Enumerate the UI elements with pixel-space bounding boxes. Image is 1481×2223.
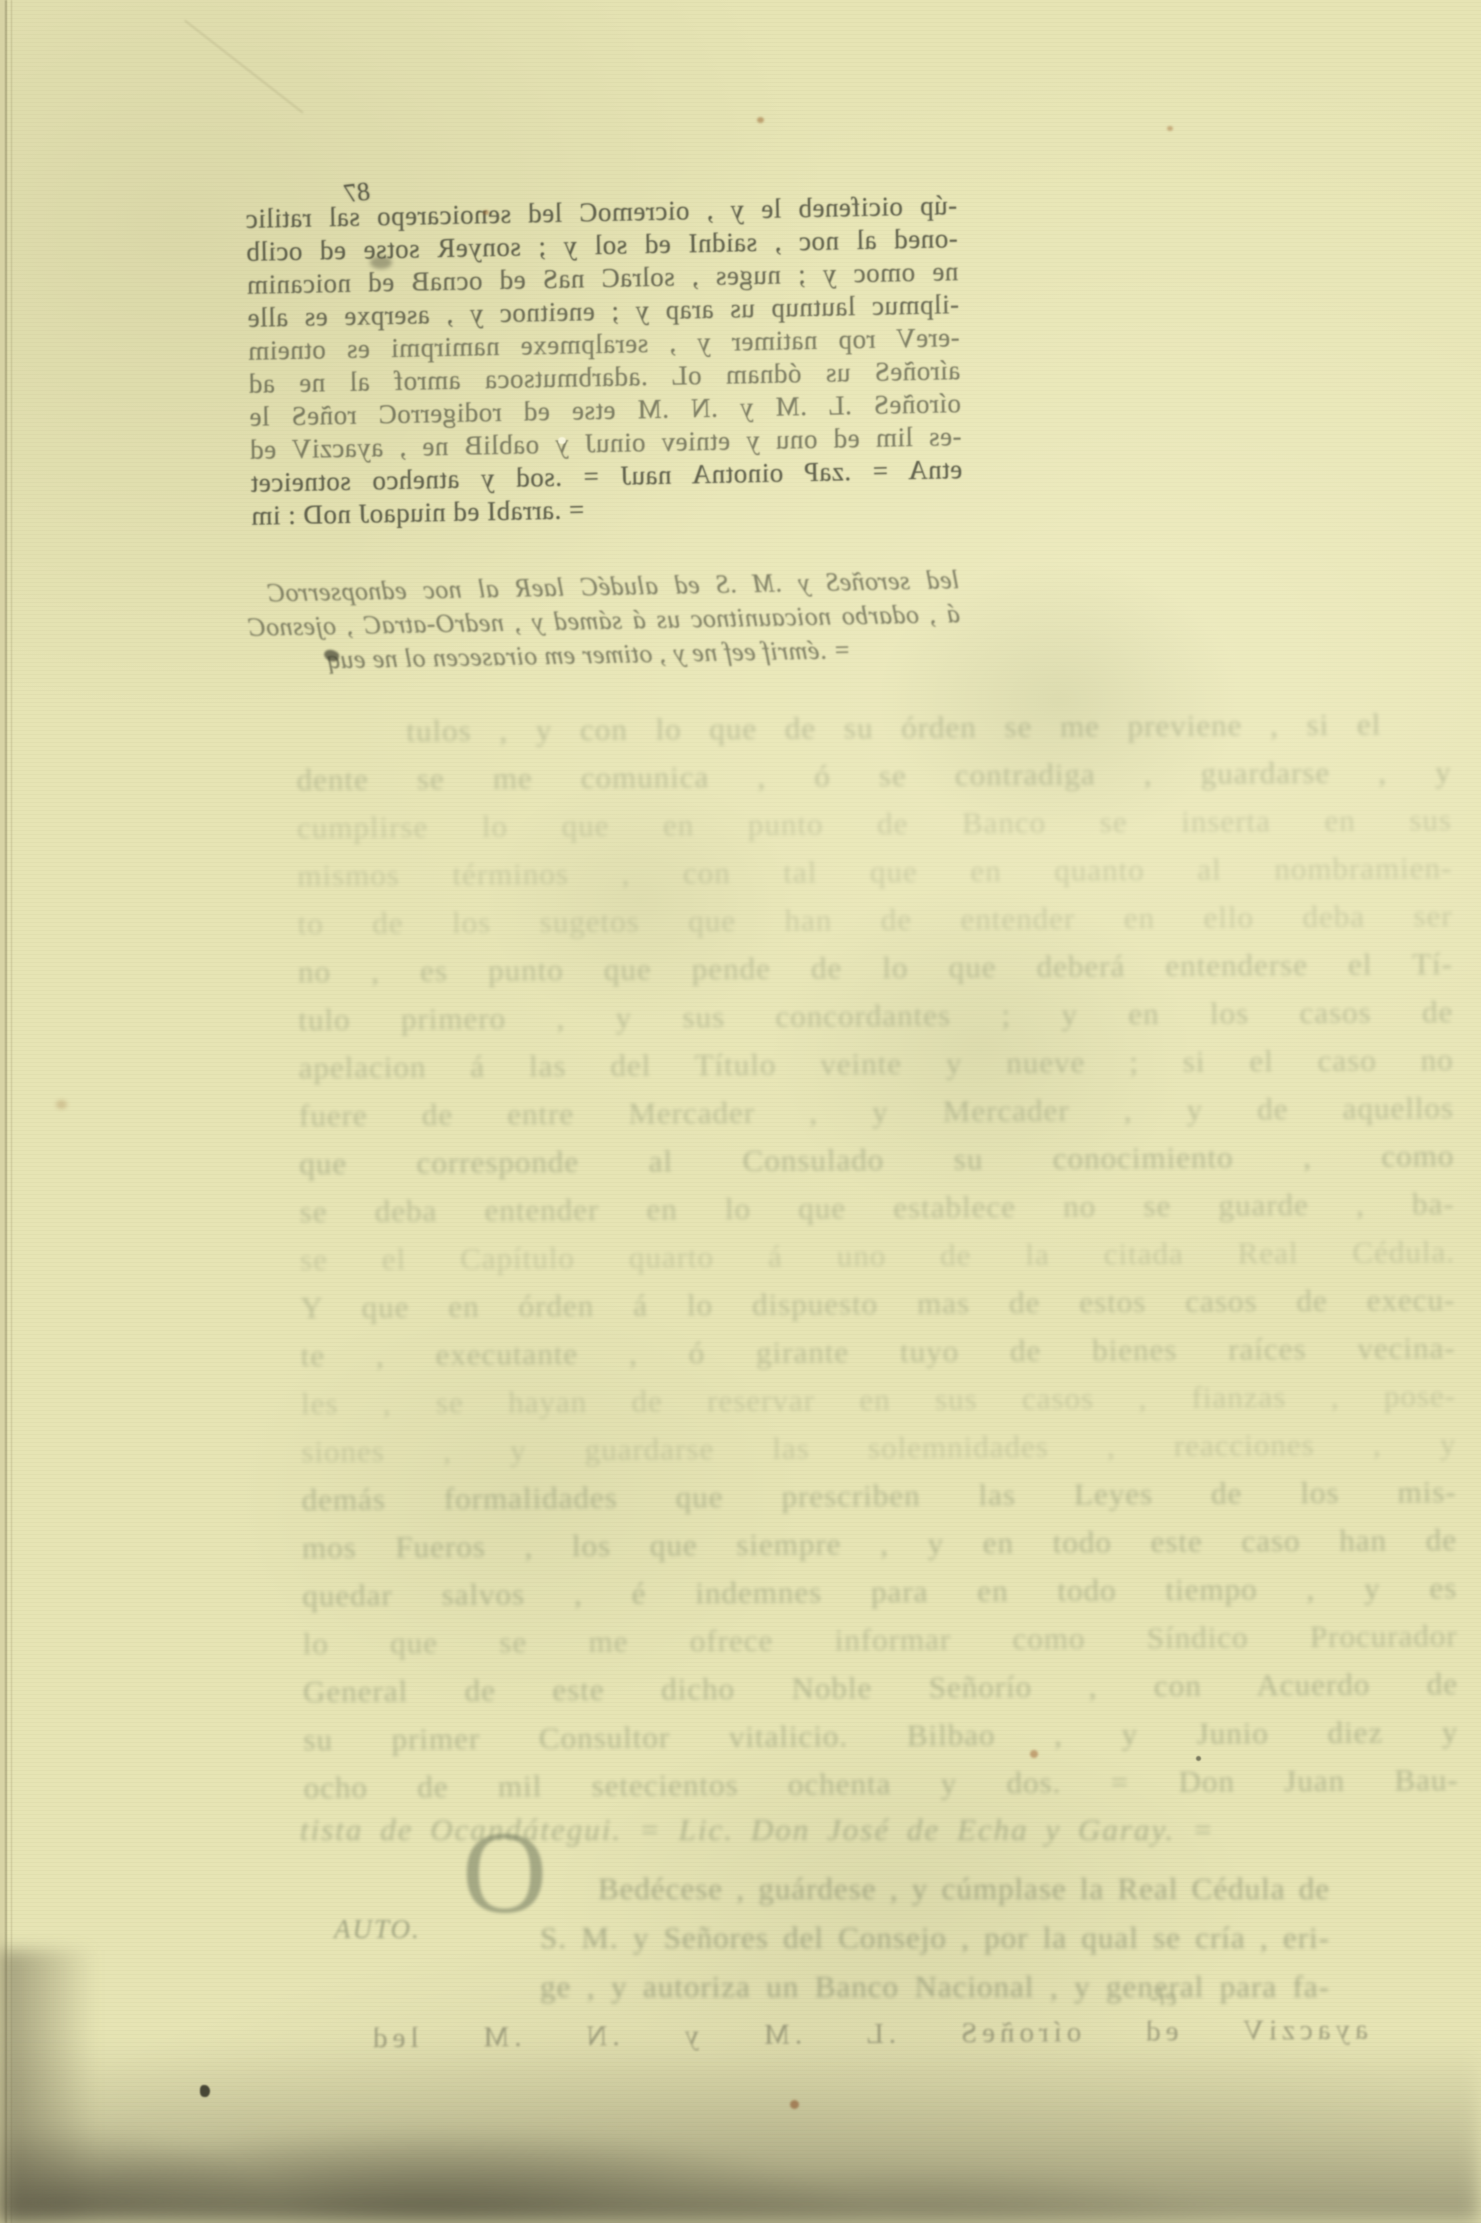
faint-text-line-8: apelacion á las del Título veinte y nuev… — [299, 1036, 1454, 1092]
auto-paragraph-line-3: ge , y autoriza un Banco Nacional , y ge… — [540, 1962, 1330, 2011]
faint-text-line-14: te , executante , ó girante tuyo de bien… — [301, 1324, 1456, 1380]
margin-auto-label: AUTO. — [334, 1914, 421, 1945]
foxing-spot — [757, 117, 764, 123]
catchword-showthrough: el- — [1150, 1984, 1176, 2012]
faint-text-line-20: lo que se me ofrece informar como Síndic… — [303, 1612, 1458, 1668]
diagonal-crease — [184, 20, 303, 113]
faint-text-line-4: mismos términos , con tal que en quanto … — [297, 844, 1452, 900]
faint-text-line-3: cumplirse lo que en punto de Banco se in… — [297, 796, 1452, 852]
faint-text-line-11: se deba entender en lo que establece no … — [300, 1180, 1455, 1236]
faint-text-line-6: no , es punto que pende de lo que deberá… — [298, 940, 1453, 996]
foxing-spot — [1167, 126, 1173, 131]
left-crease-line — [5, 0, 7, 2223]
bottom-dampstain — [0, 2040, 1481, 2223]
mirrored-main-paragraph: -úp oicifeneb le y , oicremoC led senoic… — [245, 189, 963, 533]
foxing-spot — [56, 1100, 67, 1109]
faint-text-line-21: General de este dicho Noble Señorío , co… — [303, 1660, 1458, 1716]
faint-text-line-1: tulos , y con lo que de su órden se me p… — [296, 700, 1451, 756]
faint-text-line-5: to de los sugetos que han de entender en… — [298, 892, 1453, 948]
faint-text-line-17: demás formalidades que prescriben las Le… — [302, 1468, 1457, 1524]
auto-paragraph-line-2: S. M. y Señores del Consejo , por la qua… — [540, 1913, 1330, 1962]
auto-paragraph-line-1: Bedécese , guárdese , y cúmplase la Real… — [540, 1864, 1330, 1913]
faint-text-line-15: les , se hayan de reservar en sus casos … — [301, 1372, 1456, 1428]
faint-text-line-7: tulo primero , y sus concordantes ; y en… — [298, 988, 1453, 1044]
faint-text-line-19: quedar salvos , é indemnes para en todo … — [302, 1564, 1457, 1620]
faint-text-line-18: mos Fueros , los que siempre , y en todo… — [302, 1516, 1457, 1572]
left-crease-line-secondary — [11, 0, 12, 2223]
mirrored-italic-paragraph: led seroñeS y .M .S ed aludéC laeR al no… — [247, 563, 961, 679]
faint-text-line-9: fuere de entre Mercader , y Mercader , y… — [299, 1084, 1454, 1140]
faint-text-line-16: siones , y guardarse las solemnidades , … — [301, 1420, 1456, 1476]
faint-text-line-12: se el Capítulo quarto á uno de la citada… — [300, 1228, 1455, 1284]
auto-paragraph: Bedécese , guárdese , y cúmplase la Real… — [540, 1864, 1330, 2011]
faint-text-line-22: su primer Consultor vitalicio. Bilbao , … — [303, 1708, 1458, 1764]
faint-text-line-2: dente se me comunica , ó se contradiga ,… — [296, 748, 1451, 804]
scanned-document-page: 87 -úp oicifeneb le y , oicremoC led sen… — [0, 0, 1481, 2223]
faint-text-line-10: que corresponde al Consulado su conocimi… — [299, 1132, 1454, 1188]
faint-text-line-13: Y que en órden á lo dispuesto mas de est… — [300, 1276, 1455, 1332]
faint-showthrough-paragraph: tulos , y con lo que de su órden se me p… — [296, 700, 1459, 1812]
faint-text-line-23: ocho de mil setecientos ochenta y dos. =… — [304, 1756, 1459, 1812]
